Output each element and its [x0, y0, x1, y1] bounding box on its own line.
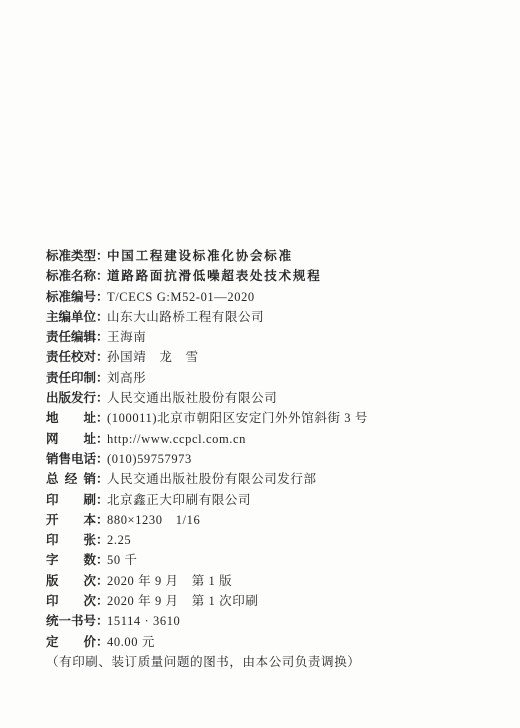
field-value: (100011)北京市朝阳区安定门外外馆斜街 3 号	[107, 411, 368, 425]
field-colon: ：	[96, 266, 107, 286]
colophon-row: 印刷：北京鑫正大印刷有限公司	[46, 490, 496, 510]
field-value: 40.00 元	[107, 635, 155, 649]
field-colon: ：	[96, 510, 107, 530]
field-label: 统一书号	[46, 611, 96, 631]
field-value: 2020 年 9 月 第 1 次印刷	[107, 594, 258, 608]
colophon-row: 责任校对：孙国靖 龙 雪	[46, 347, 496, 367]
colophon-footnote: （有印刷、装订质量问题的图书，由本公司负责调换）	[46, 652, 496, 672]
colophon-row: 版次：2020 年 9 月 第 1 版	[46, 571, 496, 591]
field-colon: ：	[96, 632, 107, 652]
field-colon: ：	[96, 490, 107, 510]
field-value: 山东大山路桥工程有限公司	[107, 310, 264, 324]
field-value: 880×1230 1/16	[107, 513, 200, 527]
colophon-row: 字数：50 千	[46, 550, 496, 570]
colophon-row: 标准编号：T/CECS G:M52-01—2020	[46, 287, 496, 307]
field-value: 道路路面抗滑低噪超表处技术规程	[107, 269, 322, 283]
field-label: 网址	[46, 429, 96, 449]
field-value: 15114 · 3610	[107, 614, 180, 628]
colophon-row: 网址：http://www.ccpcl.com.cn	[46, 429, 496, 449]
colophon-row: 定价：40.00 元	[46, 632, 496, 652]
field-label: 标准编号	[46, 287, 96, 307]
colophon-row: 标准名称：道路路面抗滑低噪超表处技术规程	[46, 266, 496, 286]
colophon-row: 责任印制：刘高彤	[46, 368, 496, 388]
field-colon: ：	[96, 429, 107, 449]
field-label: 印次	[46, 591, 96, 611]
field-colon: ：	[96, 347, 107, 367]
field-value: 2.25	[107, 533, 131, 547]
colophon-row: 销售电话：(010)59757973	[46, 449, 496, 469]
field-colon: ：	[96, 307, 107, 327]
colophon-row: 标准类型：中国工程建设标准化协会标准	[46, 246, 496, 266]
field-value: http://www.ccpcl.com.cn	[107, 432, 246, 446]
colophon-row: 地址：(100011)北京市朝阳区安定门外外馆斜街 3 号	[46, 408, 496, 428]
colophon-row: 印次：2020 年 9 月 第 1 次印刷	[46, 591, 496, 611]
colophon-rows: 标准类型：中国工程建设标准化协会标准 标准名称：道路路面抗滑低噪超表处技术规程 …	[46, 246, 496, 652]
field-value: 中国工程建设标准化协会标准	[107, 249, 293, 263]
field-colon: ：	[96, 246, 107, 266]
colophon-row: 出版发行：人民交通出版社股份有限公司	[46, 388, 496, 408]
field-value: 50 千	[107, 553, 138, 567]
field-label: 开本	[46, 510, 96, 530]
field-colon: ：	[96, 408, 107, 428]
field-colon: ：	[96, 550, 107, 570]
field-value: (010)59757973	[107, 452, 192, 466]
field-colon: ：	[96, 327, 107, 347]
field-label: 责任编辑	[46, 327, 96, 347]
field-value: 刘高彤	[107, 371, 146, 385]
field-label: 印张	[46, 530, 96, 550]
field-label: 主编单位	[46, 307, 96, 327]
field-colon: ：	[96, 611, 107, 631]
field-value: 人民交通出版社股份有限公司	[107, 391, 277, 405]
field-value: 孙国靖 龙 雪	[107, 350, 199, 364]
field-value: 北京鑫正大印刷有限公司	[107, 493, 251, 507]
field-label: 总经销	[46, 469, 96, 489]
field-colon: ：	[96, 571, 107, 591]
field-label: 标准名称	[46, 266, 96, 286]
colophon-row: 印张：2.25	[46, 530, 496, 550]
field-colon: ：	[96, 449, 107, 469]
field-colon: ：	[96, 469, 107, 489]
field-label: 地址	[46, 408, 96, 428]
field-label: 责任印制	[46, 368, 96, 388]
field-label: 印刷	[46, 490, 96, 510]
field-colon: ：	[96, 591, 107, 611]
field-label: 定价	[46, 632, 96, 652]
colophon-row: 总经销：人民交通出版社股份有限公司发行部	[46, 469, 496, 489]
colophon-block: 标准类型：中国工程建设标准化协会标准 标准名称：道路路面抗滑低噪超表处技术规程 …	[46, 246, 496, 672]
colophon-row: 责任编辑：王海南	[46, 327, 496, 347]
field-label: 出版发行	[46, 388, 96, 408]
colophon-row: 统一书号：15114 · 3610	[46, 611, 496, 631]
field-value: 2020 年 9 月 第 1 版	[107, 574, 232, 588]
field-colon: ：	[96, 287, 107, 307]
field-colon: ：	[96, 368, 107, 388]
field-colon: ：	[96, 530, 107, 550]
colophon-row: 开本：880×1230 1/16	[46, 510, 496, 530]
field-label: 责任校对	[46, 347, 96, 367]
field-label: 标准类型	[46, 246, 96, 266]
field-value: T/CECS G:M52-01—2020	[107, 290, 255, 304]
field-label: 版次	[46, 571, 96, 591]
field-label: 销售电话	[46, 449, 96, 469]
field-label: 字数	[46, 550, 96, 570]
field-colon: ：	[96, 388, 107, 408]
field-value: 人民交通出版社股份有限公司发行部	[107, 472, 317, 486]
field-value: 王海南	[107, 330, 146, 344]
colophon-page: 标准类型：中国工程建设标准化协会标准 标准名称：道路路面抗滑低噪超表处技术规程 …	[0, 0, 520, 728]
colophon-row: 主编单位：山东大山路桥工程有限公司	[46, 307, 496, 327]
